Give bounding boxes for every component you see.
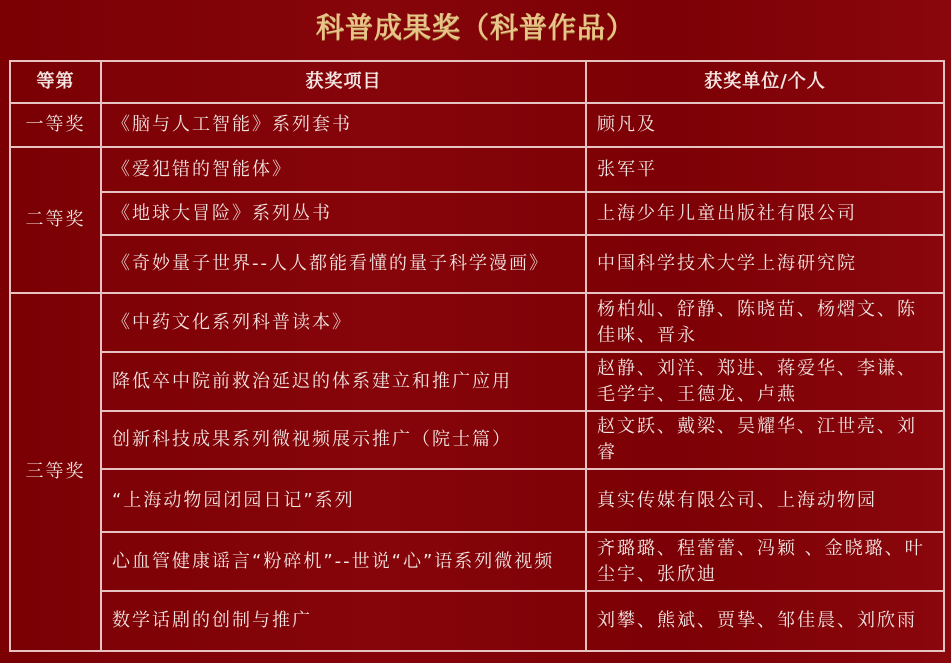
project-cell: 心血管健康谣言“粉碎机”--世说“心”语系列微视频 <box>101 532 586 591</box>
project-cell: 《中药文化系列科普读本》 <box>101 293 586 352</box>
project-cell: 《脑与人工智能》系列套书 <box>101 103 586 147</box>
header-project: 获奖项目 <box>101 61 586 103</box>
table-row: 数学话剧的创制与推广 刘攀、熊斌、贾挚、邹佳晨、刘欣雨 <box>10 591 944 651</box>
winner-cell: 张军平 <box>586 147 944 192</box>
header-winner: 获奖单位/个人 <box>586 61 944 103</box>
table-header-row: 等第 获奖项目 获奖单位/个人 <box>10 61 944 103</box>
project-cell: 《爱犯错的智能体》 <box>101 147 586 192</box>
table-row: 《奇妙量子世界--人人都能看懂的量子科学漫画》 中国科学技术大学上海研究院 <box>10 235 944 293</box>
table-row: 《地球大冒险》系列丛书 上海少年儿童出版社有限公司 <box>10 192 944 235</box>
grade-cell: 三等奖 <box>10 293 101 651</box>
project-cell: 《地球大冒险》系列丛书 <box>101 192 586 235</box>
winner-cell: 齐璐璐、程蕾蕾、冯颖 、金晓璐、叶尘宇、张欣迪 <box>586 532 944 591</box>
winner-cell: 刘攀、熊斌、贾挚、邹佳晨、刘欣雨 <box>586 591 944 651</box>
awards-table: 等第 获奖项目 获奖单位/个人 一等奖 《脑与人工智能》系列套书 顾凡及 二等奖… <box>9 60 945 652</box>
winner-cell: 顾凡及 <box>586 103 944 147</box>
grade-cell: 二等奖 <box>10 147 101 293</box>
winner-cell: 中国科学技术大学上海研究院 <box>586 235 944 293</box>
winner-cell: 杨柏灿、舒静、陈晓苗、杨熠文、陈佳咪、晋永 <box>586 293 944 352</box>
winner-cell: 赵文跃、戴梁、吴耀华、江世亮、刘睿 <box>586 411 944 469</box>
project-cell: 降低卒中院前救治延迟的体系建立和推广应用 <box>101 352 586 411</box>
grade-cell: 一等奖 <box>10 103 101 147</box>
table-row: 三等奖 《中药文化系列科普读本》 杨柏灿、舒静、陈晓苗、杨熠文、陈佳咪、晋永 <box>10 293 944 352</box>
winner-cell: 赵静、刘洋、郑进、蒋爱华、李谦、毛学宇、王德龙、卢燕 <box>586 352 944 411</box>
table-row: 心血管健康谣言“粉碎机”--世说“心”语系列微视频 齐璐璐、程蕾蕾、冯颖 、金晓… <box>10 532 944 591</box>
project-cell: 《奇妙量子世界--人人都能看懂的量子科学漫画》 <box>101 235 586 293</box>
project-cell: 数学话剧的创制与推广 <box>101 591 586 651</box>
winner-cell: 真实传媒有限公司、上海动物园 <box>586 469 944 532</box>
project-cell: 创新科技成果系列微视频展示推广（院士篇） <box>101 411 586 469</box>
table-row: “上海动物园闭园日记”系列 真实传媒有限公司、上海动物园 <box>10 469 944 532</box>
table-row: 一等奖 《脑与人工智能》系列套书 顾凡及 <box>10 103 944 147</box>
table-row: 创新科技成果系列微视频展示推广（院士篇） 赵文跃、戴梁、吴耀华、江世亮、刘睿 <box>10 411 944 469</box>
project-cell: “上海动物园闭园日记”系列 <box>101 469 586 532</box>
table-row: 降低卒中院前救治延迟的体系建立和推广应用 赵静、刘洋、郑进、蒋爱华、李谦、毛学宇… <box>10 352 944 411</box>
table-row: 二等奖 《爱犯错的智能体》 张军平 <box>10 147 944 192</box>
header-grade: 等第 <box>10 61 101 103</box>
winner-cell: 上海少年儿童出版社有限公司 <box>586 192 944 235</box>
page-title: 科普成果奖（科普作品） <box>0 6 951 46</box>
